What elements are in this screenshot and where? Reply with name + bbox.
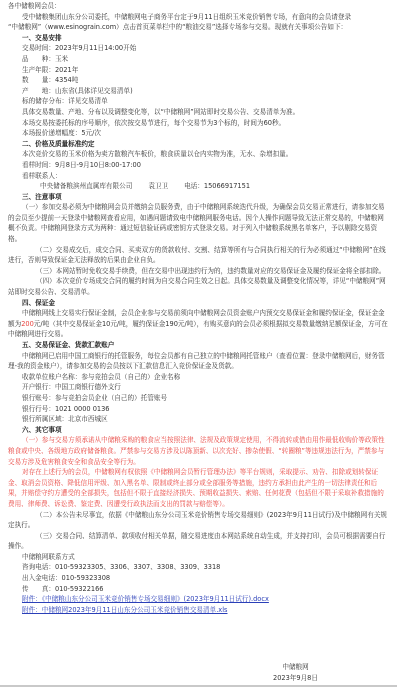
- variety: 品 种：玉米: [8, 54, 390, 65]
- origin: 产 地：山东省(具体详见交易清单): [8, 86, 390, 97]
- sample-contact-label: 看样联系人：: [8, 171, 390, 182]
- contact-person: 袁卫卫: [148, 182, 168, 190]
- deposit-paragraph: 中储粮网线上交易实行保证金制，会员企业参与交易前须向中储粮网会员资金账户内预交交…: [8, 308, 390, 340]
- price-quality-note: 本次竞价交易的玉米价格为卖方散粮汽车板价，粮食质量以仓内实物为准，无水、杂增扣量…: [8, 149, 390, 160]
- escrow-paragraph: 中储粮网已启用中国工商银行的托管服务，每位会员都有自己独立的中储粮网托管账户（查…: [8, 351, 390, 372]
- signature-org: 中储粮网: [97, 662, 397, 673]
- notice-item-3: （三）本网站暂时免收交易手续费，但在交易中出现违约行为的，违约数量对应的交易保证…: [8, 266, 390, 277]
- section-4-title: 四、保证金: [8, 298, 390, 309]
- section-5-title: 五、交易保证金、货款汇款账户: [8, 340, 390, 351]
- sample-contact-row: 中央储备粮滨州直属库有限公司袁卫卫电话：15066917151: [8, 181, 390, 192]
- section-6-title: 六、其它事项: [8, 425, 390, 436]
- storage-distribution: 标的储存分布：详见交易清单: [8, 96, 390, 107]
- attachment-trade-list-xls-link[interactable]: 附件：中储粮网2023年9月11日山东分公司玉米竞价销售交易清单.xls: [8, 605, 390, 616]
- section-1-title: 一、交易安排: [8, 33, 390, 44]
- fax: 传 真：010-59322166: [8, 584, 390, 595]
- contact-title: 中储粮网联系方式: [8, 552, 390, 563]
- funds-phone: 出入金电话：010-59323308: [8, 573, 390, 584]
- bank-region: 银行所属区域：北京市西城区: [8, 414, 390, 425]
- contact-phone: 电话：15066917151: [184, 182, 250, 190]
- signature-date: 2023年9月8日: [97, 673, 397, 684]
- greeting: 各中储粮网会员：: [8, 1, 390, 12]
- attachment-rules-docx-link[interactable]: 附件：《中储粮山东分公司玉米竞价销售专场交易细则》(2023年9月11日试行).…: [8, 594, 390, 605]
- other-item-2: （二）本公告未尽事宜，依据《中储粮山东分公司玉米竞价销售专场交易细则》(2023…: [8, 510, 390, 531]
- notice-item-2: （二）交易成交后，成交合同、买卖双方的货款收付、交割、结算等所有与合同执行相关的…: [8, 245, 390, 266]
- notice-item-1: （一）参加交易必须为中储粮网会员并缴纳会员服务费，由于中储粮网系统迭代升级，为确…: [8, 202, 390, 244]
- consult-phone: 咨询电话：010-59323305、3306、3307、3308、3309、33…: [8, 562, 390, 573]
- contact-company: 中央储备粮滨州直属库有限公司: [40, 182, 132, 190]
- other-item-3: （三）交易合同、结算清单、款项收付相关单据，随交易进度由本网站系统自动生成，并支…: [8, 531, 390, 552]
- announcement-document: 各中储粮网会员： 受中储粮集团山东分公司委托，中储粮网电子商务平台定于9月11日…: [8, 1, 390, 615]
- production-year: 生产年限：2021年: [8, 65, 390, 76]
- section-3-title: 三、注意事项: [8, 192, 390, 203]
- bank-account: 银行账号：参与竞拍会员企业（自己的）托管账号: [8, 393, 390, 404]
- bank-name: 开户银行：中国工商银行德外支行: [8, 382, 390, 393]
- intro-paragraph-1: 受中储粮集团山东分公司委托，中储粮网电子商务平台定于9月11日组织玉米竞价销售专…: [8, 12, 390, 23]
- bid-increment: 本场报价递增幅度：5元/次: [8, 128, 390, 139]
- trade-detail-note: 具体交易数量、产地、分布以及调整变化等，以“中储粮网”网站即时交易公告、交易清单…: [8, 107, 390, 118]
- section-2-title: 二、价格及质量标准约定: [8, 139, 390, 150]
- deposit-amount: 200: [21, 320, 34, 328]
- trade-sequence-note: 本场交易按委托标的序号顺序，依次按交易节进行，每个交易节为3个标的，时间为60秒…: [8, 118, 390, 129]
- sample-time: 看样时间：9月8日-9月10日8:00-17:00: [8, 160, 390, 171]
- notice-item-4: （四）本次竞价专场成交合同的履约时间为自交易合同生效之日起。具体交易数量及调整变…: [8, 276, 390, 297]
- bank-code: 银行行号：1021 0000 0136: [8, 404, 390, 415]
- trade-time: 交易时间：2023年9月11日14:00开始: [8, 43, 390, 54]
- quantity: 数 量：4354吨: [8, 75, 390, 86]
- other-item-1-penalty: 对存在上述行为的会员，中储粮网有权依照《中储粮网会员暂行管理办法》等平台规则，采…: [8, 467, 390, 509]
- intro-paragraph-2: “中储粮网”（www.esinograin.com）点击首页菜单栏中的“粮油交易…: [8, 22, 390, 33]
- deposit-text-b: 元/吨（其中交易保证金10元/吨，履约保证金190元/吨），有购买意向的会员必须…: [8, 320, 388, 339]
- payee-account-name: 收款单位账户名称：参与竞拍会员（自己的）企业名称: [8, 372, 390, 383]
- other-item-1-warning: （一）参与交易方须承诺从中储粮采购的粮食应当按照法律、法规及政策规定使用，不得流…: [8, 435, 390, 467]
